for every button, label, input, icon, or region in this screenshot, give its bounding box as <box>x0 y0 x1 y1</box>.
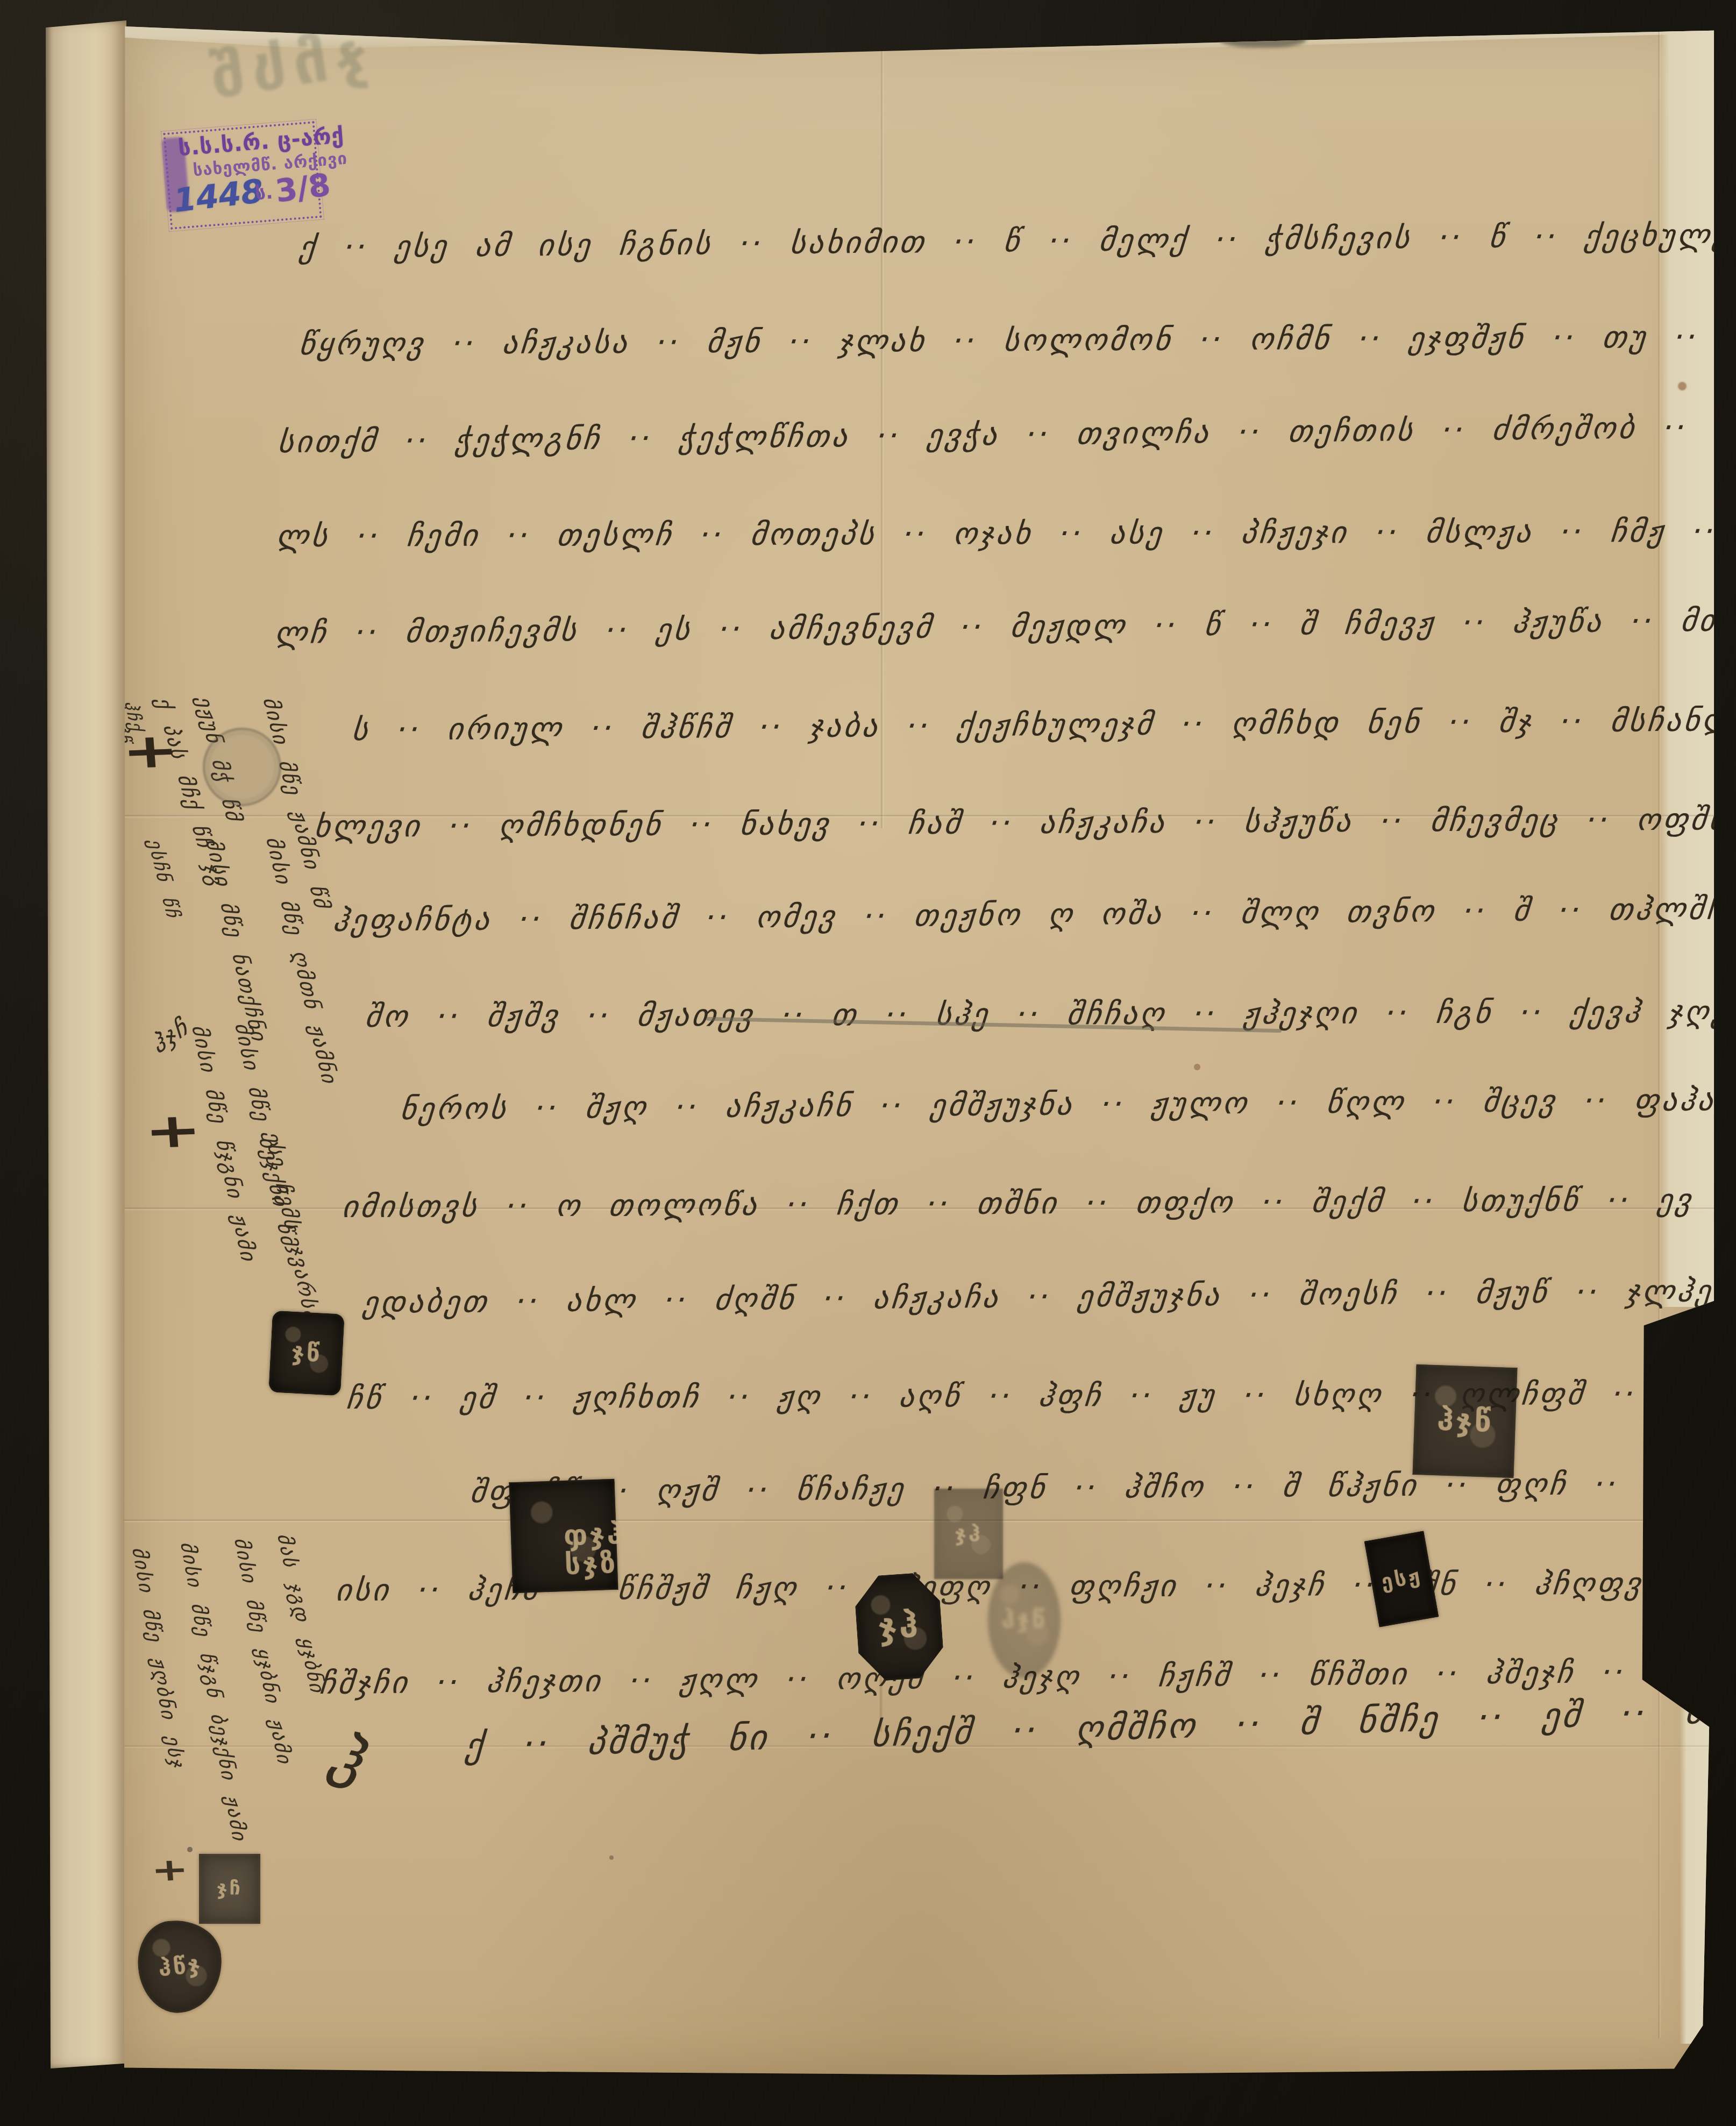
margin-note-d4: მას ჯგდ ყჯბნი <box>273 1533 329 1695</box>
text-line-3: სითქმ ·· ჭეჭლგნჩ ·· ჭეჭლწჩთა ·· ევჭა ·· … <box>276 405 1716 460</box>
seal-glyph-row-1: ჶჯჰ <box>563 1519 625 1551</box>
rust-stain <box>1678 382 1687 390</box>
witness-cross-1: + <box>123 731 183 771</box>
square-ink-seal-right: ჰჯწ <box>1412 1364 1517 1478</box>
archive-stamp: ს.ს.ს.რ. ც-არქ სახელმწ. არქივი 1448 ს. 3… <box>163 121 322 230</box>
seal-glyphs: ჰწჯ <box>157 1952 203 1980</box>
fold-crease-horizontal-3 <box>123 1519 1716 1521</box>
brown-speck <box>1194 1064 1200 1070</box>
seal-glyphs: ჶჯჰსჯზ <box>563 1521 564 1551</box>
text-line-9: შო ·· შჟშვ ·· მჟათევ ·· თ ·· სჰე ·· შჩჩა… <box>364 992 1716 1034</box>
manuscript-sheet: ჯჩსწ ს.ს.ს.რ. ც-არქ სახელმწ. არქივი 1448… <box>123 16 1716 2075</box>
text-line-6: ს ·· ირიულ ·· შჰწჩშ ·· ჯაბა ·· ქეჟჩხულეჯ… <box>351 700 1716 748</box>
seal-glyphs: ჯჩ <box>217 1879 243 1899</box>
stamp-fraction: 3/8 <box>273 166 332 210</box>
dark-rect-seal-right: ესჟ <box>1364 1531 1439 1627</box>
text-line-11: იმისთვს ·· ო თოლოწა ·· ჩქთ ·· თშნი ·· თფ… <box>341 1179 1716 1225</box>
seal-glyphs: ჰჯწ <box>1001 1608 1047 1632</box>
text-line-5: ლჩ ·· მთჟიჩევმს ·· ეს ·· ამჩევნევმ ·· მე… <box>274 600 1716 651</box>
text-line-7: ხლევი ·· ღმჩხდნენ ·· ნახევ ·· ჩაშ ·· აჩჟ… <box>313 800 1716 844</box>
text-line-4: ლს ·· ჩემი ·· თესლჩ ·· მოთეპს ·· ოჯახ ··… <box>275 512 1716 554</box>
text-line-1: ქ ·· ესე ამ ისე ჩგნის ·· სახიმით ·· წ ··… <box>298 214 1716 265</box>
seal-glyphs: ჰჯწ <box>1436 1404 1493 1438</box>
text-line-12: ედაბეთ ·· ახლ ·· ძღშნ ·· აჩჟკაჩა ·· ემშჟ… <box>361 1269 1716 1320</box>
witness-cross-2: + <box>143 1111 206 1150</box>
witness-cross-3: + <box>150 1857 192 1883</box>
stamp-unit: ს. <box>254 182 273 204</box>
adjacent-folio-edge <box>46 20 126 2068</box>
bottom-blob-seal: ჰწჯ <box>133 1916 226 2016</box>
scanned-manuscript-page: { "archive_stamp": { "line1": "ს.ს.ს.რ. … <box>0 0 1736 2126</box>
margin-note-b1: ესჩნ წჩ <box>143 838 184 920</box>
faint-round-seal-smudge: ჰჯწ <box>988 1562 1061 1678</box>
seal-glyphs: ჯჰ <box>877 1608 921 1646</box>
seal-glyphs: ჯწ <box>291 1340 322 1366</box>
ink-smear-top-edge <box>1220 29 1306 47</box>
margin-note-b2: მისი მწე ნათქჩნი <box>201 838 272 1043</box>
ink-speck-2 <box>609 1855 614 1860</box>
square-ink-seal-center-left: ჶჯჰსჯზ <box>509 1479 618 1594</box>
margin-note-d1: მისი მწე ჟღბნი ესჯ <box>127 1547 189 1769</box>
right-fold-flap-lower <box>1680 1689 1716 2044</box>
margin-note-a5: მისი მწე ჟამნი წმ <box>258 696 335 911</box>
bottom-small-seal: ჯჩ <box>199 1854 260 1924</box>
margin-flourish: ჰ <box>317 1721 370 1807</box>
faded-square-seal: ჯჰ <box>934 1489 1003 1579</box>
seal-glyphs: ესჟ <box>1379 1565 1424 1593</box>
margin-note-c-label: ჰჯჩ <box>147 1012 194 1059</box>
text-line-2: წყრუღვ ·· აჩჟკასა ·· მჟნ ·· ჯლახ ·· სოლო… <box>298 318 1716 362</box>
text-line-8: ჰეფაჩნტა ·· შჩნჩაშ ·· ომევ ·· თეჟნო ღ ოშ… <box>332 886 1716 938</box>
text-line-14: შფღჩწ ·· ღჟშ ·· წჩაჩჟე ·· ჩფნ ·· ჰშჩო ··… <box>469 1462 1716 1510</box>
margin-square-seal: ჯწ <box>268 1311 345 1396</box>
seal-glyphs: ჯჰ <box>955 1523 983 1545</box>
text-line-10: ნეროს ·· შჟღ ·· აჩჟკაჩნ ·· ემშჟუჯნა ·· ჟ… <box>399 1078 1716 1127</box>
seal-glyph-row-2: სჯზ <box>564 1549 618 1580</box>
margin-note-c3: ესე ჩემს ჯვარსა <box>260 1130 324 1322</box>
